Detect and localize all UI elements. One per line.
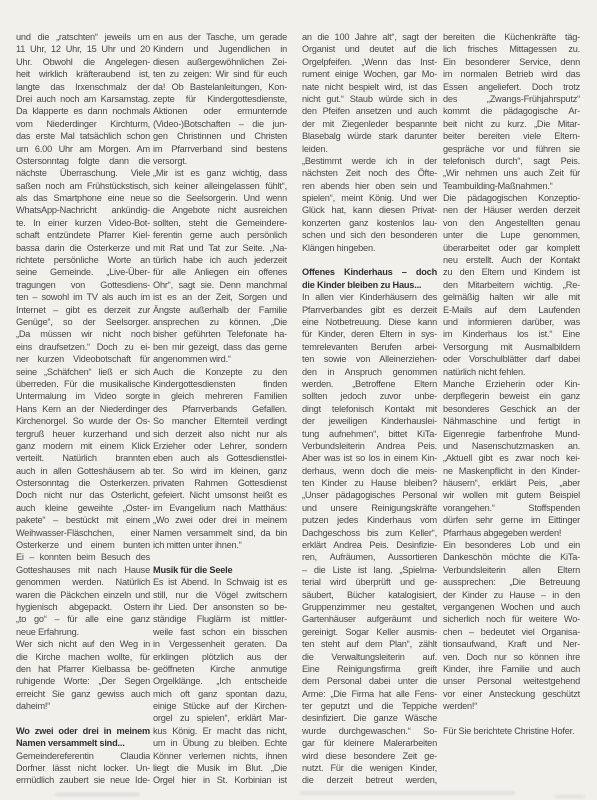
text-line: des „Zwangs-Frühjahrsputz“ xyxy=(443,93,580,105)
text-line: wird diese besondere Zeit ge- xyxy=(302,750,437,762)
text-line: hygienisch abgepackt. Ostern xyxy=(16,601,150,613)
text-line: sicherlich noch für weitere Wo- xyxy=(443,613,580,625)
article-column-1: und die „ratschten“ jeweils um11 Uhr, 12… xyxy=(16,31,150,787)
text-line: Gruppenzimmer neu gestaltet, xyxy=(302,601,437,613)
text-line: den Mitarbeitern wichtig. „Re- xyxy=(443,279,580,291)
article-column-2: en aus der Tasche, um geradeKindern und … xyxy=(153,31,287,787)
text-line: sollten jedoch zuvor unbe- xyxy=(302,390,437,402)
text-line: So mancher Elternteil verdingt xyxy=(153,415,287,427)
text-line: mich oft ganz spontan dazu, xyxy=(153,688,287,700)
text-line: natürlich nicht fehlen. xyxy=(443,366,580,378)
text-line: Auch die Konzepte zu den xyxy=(153,366,287,378)
article-column-3: an die 100 Jahre alt“, sagt derOrganist … xyxy=(302,31,437,787)
heading-line: Namen versammelt sind... xyxy=(16,737,150,749)
scan-artifact xyxy=(300,791,515,795)
text-line: Kindern und Jugendlichen in xyxy=(153,43,287,55)
text-line: nutzt. Für die wenigen Kinder, xyxy=(302,762,437,774)
text-line: ständige Fluglärm ist mittler- xyxy=(153,613,287,625)
text-line: überreden. Für die musikalische xyxy=(16,378,150,390)
text-line: zepte für Kindergottesdienste, xyxy=(153,93,287,105)
text-line: liegt die Musik im Blut. „Die xyxy=(153,762,287,774)
text-line: der mit Ziegenleder bespannte xyxy=(302,118,437,130)
text-line: Organist und deutet auf die xyxy=(302,43,437,55)
text-line: vor einer Ansteckung geschützt xyxy=(443,688,580,700)
paragraph-gap xyxy=(302,254,437,266)
text-line: für alle Anliegen ein offenes xyxy=(153,266,287,278)
text-line: schen und sich den besonderen xyxy=(302,229,437,241)
text-line: spielen“, meint König. Und wer xyxy=(302,192,437,204)
text-line: Blasebalg würde stark darunter xyxy=(302,130,437,142)
text-line: werden!“ xyxy=(443,700,580,712)
text-line: langte das Irxenschmalz der xyxy=(16,81,150,93)
text-line: Untermalung im Video sorgte xyxy=(16,390,150,402)
text-line: auch kleine geweihte „Oster- xyxy=(16,502,150,514)
text-line: Eine Reinigungsfirma greift xyxy=(302,663,437,675)
text-line: gespräche vor und führen sie xyxy=(443,143,580,155)
heading-line: Wo zwei oder drei in meinem xyxy=(16,725,150,737)
text-line: kommt die pädagogische Ar- xyxy=(443,105,580,117)
text-line: ten Kinder zu Hause bleiben? xyxy=(302,477,437,489)
text-line: der jeweiligen Kinderhauslei- xyxy=(302,415,437,427)
text-line: in Vergessenheit geraten. Da xyxy=(153,638,287,650)
text-line: Ein besonderes Lob und ein xyxy=(443,539,580,551)
text-line: unser Personal weitestgehend xyxy=(443,675,580,687)
text-line: genommen werden. Natürlich xyxy=(16,576,150,588)
text-line: ten – sowohl im TV als auch im xyxy=(16,291,150,303)
text-line: auch in allen Gotteshäusern ab xyxy=(16,465,150,477)
text-line: gereinigt. Sogar Keller ausmis- xyxy=(302,626,437,638)
text-line: sich derzeit also nicht nur als xyxy=(153,428,287,440)
text-line: ren abends hier oben sein und xyxy=(302,180,437,192)
text-line: Könner verlernen nichts, ihnen xyxy=(153,750,287,762)
text-line: überarbeitet oder gar komplett xyxy=(443,242,580,254)
text-line: chen – bedeutet viel Organisa- xyxy=(443,626,580,638)
text-line: gelmäßig halten wir alle mit xyxy=(443,291,580,303)
scanned-article-page: und die „ratschten“ jeweils um11 Uhr, 12… xyxy=(0,0,597,800)
text-line: pakete“ – bestückt mit einem xyxy=(16,514,150,526)
text-line: die Verwaltungsleiterin auf. xyxy=(302,651,437,663)
text-line: Erzieher oder Lehrer, sondern xyxy=(153,440,287,452)
text-line: privaten Rahmen Gottesdienst xyxy=(153,477,287,489)
article-column-4: bereiten die Küchenkräfte täg-lich frisc… xyxy=(443,31,580,737)
text-line: „Bestimmt werde ich in der xyxy=(302,155,437,167)
text-line: ner kurzen Videobotschaft für xyxy=(16,353,150,365)
text-line: Orgel hier in St. Korbinian ist xyxy=(153,774,287,786)
text-line: konzerten ganz kostenlos lau- xyxy=(302,217,437,229)
text-line: Klängen hingeben. xyxy=(302,242,437,254)
text-line: desinfiziert. Die ganze Wäsche xyxy=(302,712,437,724)
text-line: tragungen von Gottesdiens- xyxy=(16,279,150,291)
text-line: im Kinderhaus los ist.“ Eine xyxy=(443,328,580,340)
paragraph-gap xyxy=(16,712,150,724)
text-line: Essen angeliefert. Doch trotz xyxy=(443,81,580,93)
text-line: wurde durchgewaschen.“ So- xyxy=(302,725,437,737)
text-line: Nähmaschine und fertigt in xyxy=(443,415,580,427)
text-line: gar für kleinere Malerarbeiten xyxy=(302,737,437,749)
text-line: Gartenhäuser aufgeräumt und xyxy=(302,613,437,625)
text-line: den hat Pfarrer Kielbassa be- xyxy=(16,663,150,675)
text-line: bereiten die Küchenkräfte täg- xyxy=(443,31,580,43)
text-line: „Wir nehmen uns auch Zeit für xyxy=(443,167,580,179)
text-line: lich frisches Mittagessen zu. xyxy=(443,43,580,55)
text-line: vergangenen Wochen und auch xyxy=(443,601,580,613)
text-line: waren die Päckchen einzeln und xyxy=(16,589,150,601)
text-line: gefeiert. Nicht umsonst heißt es xyxy=(153,489,287,501)
text-line: angenommen wird.“ xyxy=(153,353,287,365)
text-line: weile fast schon ein bisschen xyxy=(153,626,287,638)
text-line: ven. Doch nur so können ihre xyxy=(443,651,580,663)
text-line: oder Vorschulblätter darf dabei xyxy=(443,353,580,365)
scan-artifact xyxy=(555,795,585,798)
text-line: ten zu zeigen: Wir sind für euch xyxy=(153,68,287,80)
text-line: seine Gemeinde. „Live-Über- xyxy=(16,266,150,278)
text-line: E-Mails auf dem Laufenden xyxy=(443,304,580,316)
text-line: beit nicht zu kurz. „Die Mitar- xyxy=(443,118,580,130)
text-line: zu den Eltern und Kindern ist xyxy=(443,266,580,278)
text-line: dem Personal dabei unter die xyxy=(302,675,437,687)
text-line: der Kinder zu Hause – in den xyxy=(443,589,580,601)
text-line: Dorfner lässt nicht locker. Un- xyxy=(16,762,150,774)
text-line: Verbundsleiterin Andrea Peis. xyxy=(302,440,437,452)
text-line: ich mitten unter ihnen.“ xyxy=(153,539,287,551)
text-line: dingt telefonisch Kontakt mit xyxy=(302,403,437,415)
text-line: einige Stücke auf der Kirchen- xyxy=(153,700,287,712)
text-line: derpflegerin beweist ein ganz xyxy=(443,390,580,402)
text-line: rument einige Wochen, gar Mo- xyxy=(302,68,437,80)
text-line: unter die Lupe genommen, xyxy=(443,229,580,241)
paragraph-gap xyxy=(443,712,580,724)
text-line: „Aktuell gibt es zwar noch kei- xyxy=(443,452,580,464)
text-line: und informieren darüber, was xyxy=(443,316,580,328)
text-line: terial wird überprüft und ge- xyxy=(302,576,437,588)
text-line: ganz modern mit einem Klick xyxy=(16,440,150,452)
text-line: um 6.00 Uhr am Morgen. Am xyxy=(16,143,150,155)
text-line: Namen versammelt sind, da bin xyxy=(153,527,287,539)
text-line: und Nasenschutzmasken an. xyxy=(443,440,580,452)
text-line: ten steht auf dem Plan“, zählt xyxy=(302,638,437,650)
text-line: saßen noch am Frühstückstisch, xyxy=(16,180,150,192)
text-line: besonderes Geschick an der xyxy=(443,403,580,415)
text-line: Hans Kern an der Niederdinger xyxy=(16,403,150,415)
text-line: so die Seelsorgerin. Und wenn xyxy=(153,192,287,204)
text-line: Aktionen oder ermunternde xyxy=(153,105,287,117)
text-line: Pfarrverbandes gibt es derzeit xyxy=(302,304,437,316)
text-line: dürfen sehr gerne im Eittinger xyxy=(443,514,580,526)
text-line: ben mir gezeigt, dass das gerne xyxy=(153,341,287,353)
text-line: geöffneten Kirche anmutige xyxy=(153,663,287,675)
text-line: derhaus, wenn doch die meis- xyxy=(302,465,437,477)
text-line: erreicht Sie ganz gewiss auch xyxy=(16,688,150,700)
text-line: Kirchenorgel. So wurde der Os- xyxy=(16,415,150,427)
text-line: Drei auch noch am Karsamstag. xyxy=(16,93,150,105)
text-line: ren, Aufräumen, Aussortieren xyxy=(302,551,437,563)
text-line: das erste Mal tatsächlich schon xyxy=(16,130,150,142)
text-line: Gotteshauses mit nach Hause xyxy=(16,564,150,576)
text-line: Ostersonntag folgte dann die xyxy=(16,155,150,167)
text-line: ne Maskenpflicht in den Kinder- xyxy=(443,465,580,477)
text-line: des Pfarrverbands Gefallen. xyxy=(153,403,287,415)
text-line: und unsere Reinigungskräfte xyxy=(302,502,437,514)
text-line: Dankeschön möchte die KiTa- xyxy=(443,551,580,563)
text-line: Für Sie berichtete Christine Hofer. xyxy=(443,725,580,737)
text-line: 11 Uhr, 12 Uhr, 15 Uhr und 20 xyxy=(16,43,150,55)
text-line: verteilt. Natürlich brannten xyxy=(16,452,150,464)
text-line: Doch nicht nur das Osterlicht, xyxy=(16,489,150,501)
text-line: heit wirklich kräfteraubend ist, xyxy=(16,68,150,80)
text-line: Pfarrhaus abgegeben werden! xyxy=(443,527,580,539)
text-line: erklärt Andrea Peis. Desinfizie- xyxy=(302,539,437,551)
text-line: ansprechen zu können. „Die xyxy=(153,316,287,328)
text-line: temrelevanten Berufen arbei- xyxy=(302,341,437,353)
text-line: Aber was ist so los in einem Kin- xyxy=(302,452,437,464)
text-line: neue Erfahrung. xyxy=(16,626,150,638)
text-line: bassa darin die Osterkerze und xyxy=(16,242,150,254)
text-line: nate nicht bespielt wird, ist das xyxy=(302,81,437,93)
text-line: „Da müssen wir nicht noch xyxy=(16,328,150,340)
text-line: vom Niederdinger Kirchturm, xyxy=(16,118,150,130)
text-line: Ohr“, sagt sie. Denn manchmal xyxy=(153,279,287,291)
text-line: eins draufsetzen.“ Doch zu ei- xyxy=(16,341,150,353)
text-line: leiden. xyxy=(302,143,437,155)
text-line: Ostersonntag die Osterkerzen. xyxy=(16,477,150,489)
text-line: „Unser pädagogisches Personal xyxy=(302,489,437,501)
text-line: erklingen plötzlich aus der xyxy=(153,651,287,663)
text-line: „Wo zwei oder drei in meinem xyxy=(153,514,287,526)
text-line: still, nur die Vögel zwitschern xyxy=(153,589,287,601)
text-line: ferentin gerne auch persönlich xyxy=(153,229,287,241)
heading-line: Musik für die Seele xyxy=(153,564,287,576)
text-line: die Kirche machen wollte, für xyxy=(16,651,150,663)
text-line: eine Notbetreuung. Diese kann xyxy=(302,316,437,328)
text-line: Glück hat, kann diesen Privat- xyxy=(302,204,437,216)
text-line: ruhigende Worte: „Der Segen xyxy=(16,675,150,687)
text-line: mit Rat und Tat zur Seite. „Na- xyxy=(153,242,287,254)
heading-line: die Kinder bleiben zu Haus... xyxy=(302,279,437,291)
text-line: werden. „Betroffene Eltern xyxy=(302,378,437,390)
text-line: Dachgeschoss bis zum Keller“, xyxy=(302,527,437,539)
text-line: den Pfeifen ansetzen und auch xyxy=(302,105,437,117)
text-line: Internet – gibt es derzeit zur xyxy=(16,304,150,316)
text-line: telefonisch durch“, sagt Peis. xyxy=(443,155,580,167)
text-line: Es ist Abend. In Schwaig ist es xyxy=(153,576,287,588)
text-line: Arme: „Die Firma hat alle Fens- xyxy=(302,688,437,700)
text-line: Da klapperte es dann nochmals xyxy=(16,105,150,117)
text-line: die Angebote nicht ausreichen xyxy=(153,204,287,216)
text-line: von den Angestellten genau xyxy=(443,217,580,229)
text-line: ter. So wird im kleinen, ganz xyxy=(153,465,287,477)
text-line: Genüge“, so der Seelsorger. xyxy=(16,316,150,328)
text-line: beiter bereiten viele Eltern- xyxy=(443,130,580,142)
text-line: im Pfarrverband sind bestens xyxy=(153,143,287,155)
text-line: Orgelklänge. „Ich entscheide xyxy=(153,675,287,687)
text-line: bisher geführten Telefonate ha- xyxy=(153,328,287,340)
text-line: nen der Häuser werden derzeit xyxy=(443,204,580,216)
text-line: ter geputzt und die Teppiche xyxy=(302,700,437,712)
text-line: Ein besonderer Service, denn xyxy=(443,56,580,68)
text-line: „Mir ist es ganz wichtig, dass xyxy=(153,167,287,179)
text-line: „to go“ – für alle eine ganz xyxy=(16,613,150,625)
text-line: und die „ratschten“ jeweils um xyxy=(16,31,150,43)
text-line: Eigenregie farbenfrohe Mund- xyxy=(443,428,580,440)
text-line: en aus der Tasche, um gerade xyxy=(153,31,287,43)
text-line: da! Ob Bastelanleitungen, Kon- xyxy=(153,81,287,93)
text-line: nicht gut.“ Staub würde sich in xyxy=(302,93,437,105)
text-line: ermüdlich zaubert sie neue Ide- xyxy=(16,774,150,786)
paragraph-gap xyxy=(153,551,287,563)
text-line: gen Christinnen und Christen xyxy=(153,130,287,142)
text-line: Osterkerze und einem bunten xyxy=(16,539,150,551)
text-line: eben auch als Gottesdienstlei- xyxy=(153,452,287,464)
text-line: Orgelpfeifen. „Wenn das Inst- xyxy=(302,56,437,68)
text-line: um in Übung zu bleiben. Echte xyxy=(153,737,287,749)
text-line: seine „Schäfchen“ ließ er sich xyxy=(16,366,150,378)
text-line: diesen außergewöhnlichen Zei- xyxy=(153,56,287,68)
text-line: richtete persönliche Worte an xyxy=(16,254,150,266)
text-line: Wer sich nicht auf den Weg in xyxy=(16,638,150,650)
text-line: daheim!“ xyxy=(16,700,150,712)
text-line: wir wollen mit gutem Beispiel xyxy=(443,489,580,501)
text-line: putzen jedes Kinderhaus vom xyxy=(302,514,437,526)
text-line: – die Liste ist lang. „Spielma- xyxy=(302,564,437,576)
text-line: aussprechen: „Die Betreuung xyxy=(443,576,580,588)
text-line: tung aufnehmen“, bittet KiTa- xyxy=(302,428,437,440)
text-line: Versorgung mit Ausmalbildern xyxy=(443,341,580,353)
text-line: In allen vier Kinderhäusern des xyxy=(302,291,437,303)
text-line: im normalen Betrieb wird das xyxy=(443,68,580,80)
text-line: ihr Lied. Der ansonsten so be- xyxy=(153,601,287,613)
text-line: schaft entzündete Pfarrer Kiel- xyxy=(16,229,150,241)
text-line: ten sowie von Alleinerziehen- xyxy=(302,353,437,365)
text-line: ist es an der Zeit, Sorgen und xyxy=(153,291,287,303)
text-line: Ei – konnten beim Besuch des xyxy=(16,551,150,563)
text-line: türlich habe ich auch jederzeit xyxy=(153,254,287,266)
text-line: te. In einer kurzen Video-Bot- xyxy=(16,217,150,229)
text-line: tionsaufwand, Kraft und Ner- xyxy=(443,638,580,650)
text-line: die derzeit betreut werden, xyxy=(302,774,437,786)
text-line: kus König. Er macht das nicht, xyxy=(153,725,287,737)
text-line: neu erstellt. Auch der Kontakt xyxy=(443,254,580,266)
text-line: Ängste außerhalb der Familie xyxy=(153,304,287,316)
text-line: Teambuilding-Maßnahmen.“ xyxy=(443,180,580,192)
text-line: den in Anspruch genommen xyxy=(302,366,437,378)
text-line: nächste Überraschung. Viele xyxy=(16,167,150,179)
text-line: Weihwasser-Fläschchen, einer xyxy=(16,527,150,539)
text-line: vorangehen.“ Stoffspenden xyxy=(443,502,580,514)
text-line: Kindergottesdiensten finden xyxy=(153,378,287,390)
text-line: häusern“, erklärt Peis, „aber xyxy=(443,477,580,489)
text-line: Gemeindereferentin Claudia xyxy=(16,750,150,762)
text-line: Verbundsleiterin allen Eltern xyxy=(443,564,580,576)
text-line: sich keiner alleingelassen fühlt“, xyxy=(153,180,287,192)
text-line: als das Smartphone eine neue xyxy=(16,192,150,204)
text-line: säubert, Bücher katalogisiert, xyxy=(302,589,437,601)
text-line: für Kinder, deren Eltern in sys- xyxy=(302,328,437,340)
text-line: nächsten Zeit noch des Öfte- xyxy=(302,167,437,179)
text-line: (Video-)Botschaften – die jun- xyxy=(153,118,287,130)
heading-line: Offenes Kinderhaus – doch xyxy=(302,266,437,278)
text-line: orgel zu spielen“, erklärt Mar- xyxy=(153,712,287,724)
text-line: versorgt. xyxy=(153,155,287,167)
text-line: Die pädagogischen Konzeptio- xyxy=(443,192,580,204)
text-line: sollten, steht die Gemeindere- xyxy=(153,217,287,229)
text-line: WhatsApp-Nachricht ankündig- xyxy=(16,204,150,216)
text-line: Kinder, ihre Familie und auch xyxy=(443,663,580,675)
text-line: an die 100 Jahre alt“, sagt der xyxy=(302,31,437,43)
text-line: in gleich mehreren Familien xyxy=(153,390,287,402)
text-line: tergruß heuer kurzerhand und xyxy=(16,428,150,440)
text-line: im Evangelium nach Matthäus: xyxy=(153,502,287,514)
scan-artifact xyxy=(55,793,140,796)
text-line: Manche Erzieherin oder Kin- xyxy=(443,378,580,390)
text-line: Uhr. Obwohl die Angelegen- xyxy=(16,56,150,68)
